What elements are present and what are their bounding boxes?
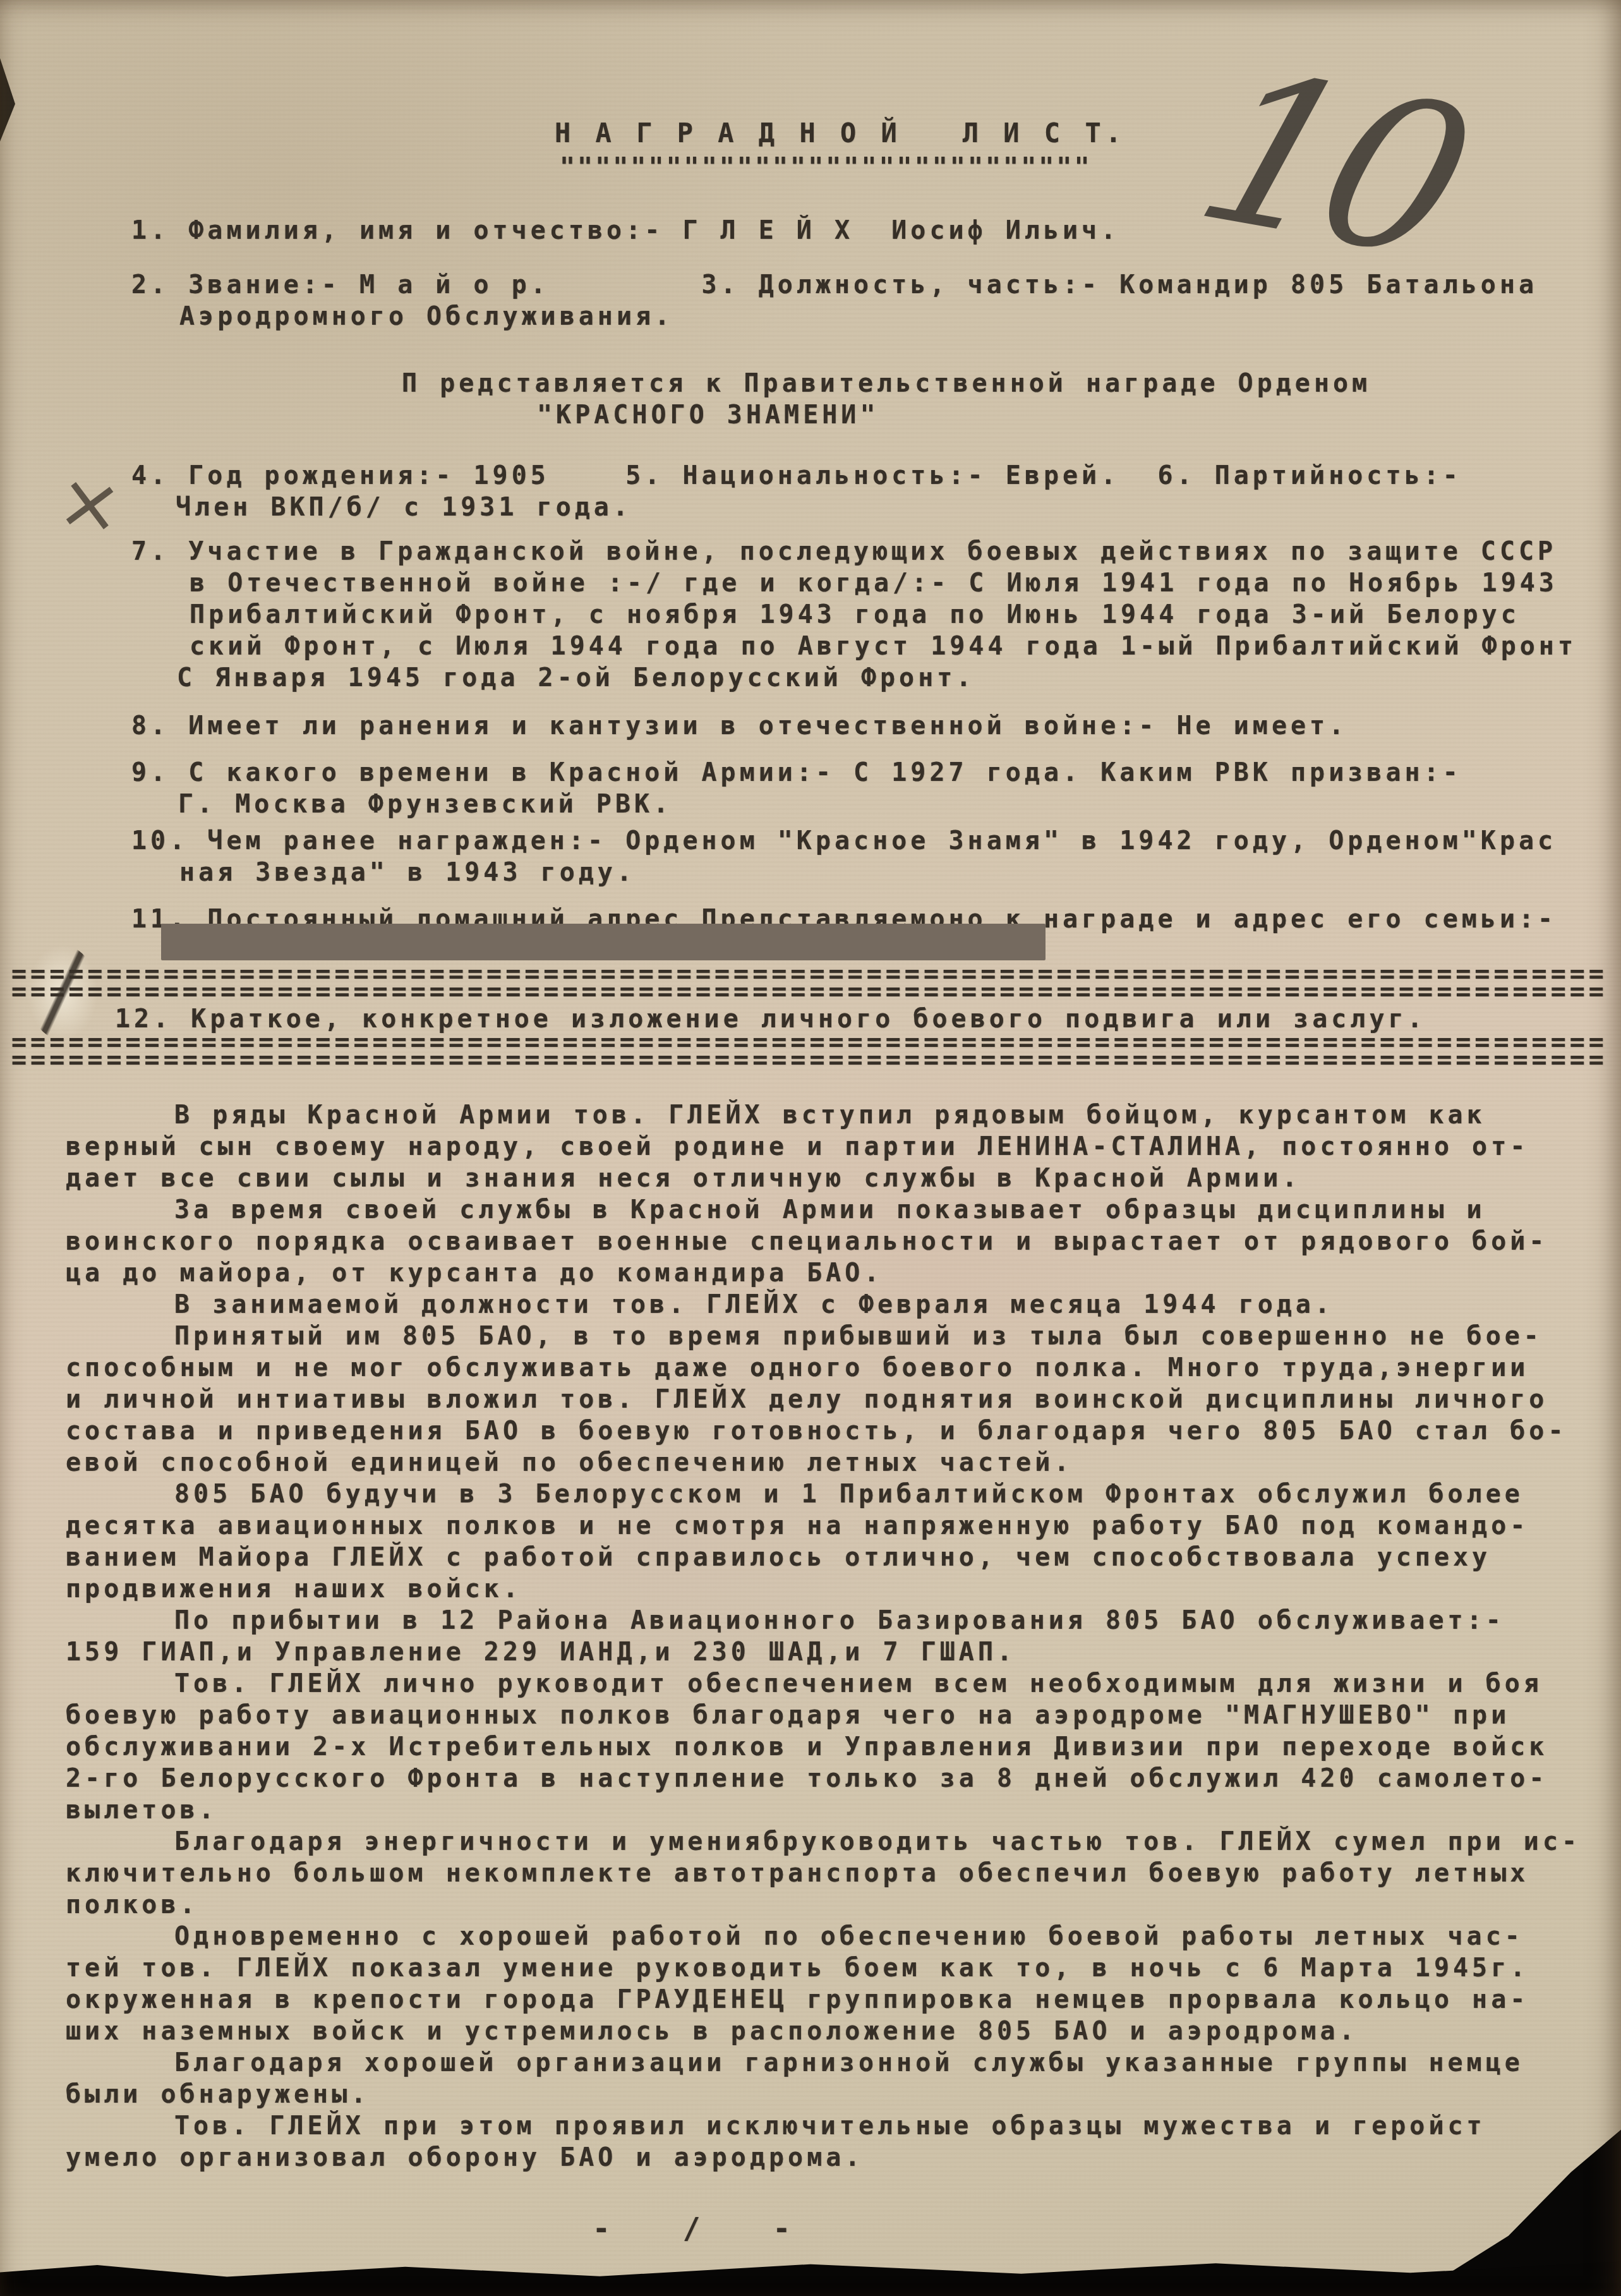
body-line: вылетов. [66, 1794, 1581, 1826]
field-prior-awards-1: 10. Чем ранее награжден:- Орденом "Красн… [131, 825, 1557, 857]
body-line: ца до майора, от курсанта до командира Б… [66, 1257, 1581, 1289]
presentation-line-1: П редставляется к Правительственной нагр… [402, 368, 1371, 399]
body-line: способным и не мог обслуживать даже одно… [66, 1352, 1581, 1384]
field-war-participation-4: ский Фронт, с Июля 1944 года по Август 1… [190, 631, 1577, 662]
body-line: были обнаружены. [66, 2079, 1581, 2110]
redaction-block [161, 924, 1046, 960]
body-line: и личной интиативы вложил тов. ГЛЕЙХ дел… [66, 1384, 1581, 1415]
field-war-participation-5: С Января 1945 года 2-ой Белорусский Фрон… [177, 662, 975, 694]
field-war-participation-3: Прибалтийский Фронт, с ноября 1943 года … [190, 599, 1520, 631]
field-wounds: 8. Имеет ли ранения и кантузии в отечест… [131, 710, 1347, 742]
body-line: окруженная в крепости города ГРАУДЕНЕЦ г… [66, 1984, 1581, 2015]
body-line: Принятый им 805 БАО, в то время прибывши… [66, 1320, 1581, 1352]
field-prior-awards-2: ная Звезда" в 1943 году. [179, 857, 636, 888]
page-title: Н А Г Р А Д Н О Й Л И С Т. [555, 118, 1126, 149]
body-line: тей тов. ГЛЕЙХ показал умение руководить… [66, 1952, 1581, 1984]
page-footer-mark: - / - [593, 2213, 795, 2244]
body-line: Одновременно с хорошей работой по обеспе… [66, 1921, 1581, 1952]
body-line: 159 ГИАП,и Управление 229 ИАНД,и 230 ШАД… [66, 1636, 1581, 1668]
body-line: По прибытии в 12 Района Авиационного Баз… [66, 1605, 1581, 1636]
body-line: ших наземных войск и устремилось в распо… [66, 2015, 1581, 2047]
body-line: десятка авиационных полков и не смотря н… [66, 1510, 1581, 1542]
section-divider-row: ========================================… [11, 1051, 1608, 1069]
body-line: умело организовал оборону БАО и аэродром… [66, 2142, 1581, 2173]
body-line: состава и приведения БАО в боевую готовн… [66, 1415, 1581, 1447]
body-line: Благодаря энергичности и умениябруководи… [66, 1826, 1581, 1858]
field-service-since: 9. С какого времени в Красной Армии:- С … [131, 757, 1462, 788]
body-line: воинского порядка осваивает военные спец… [66, 1226, 1581, 1257]
body-line: 2-го Белорусского Фронта в наступление т… [66, 1763, 1581, 1794]
body-line: верный сын своему народу, своей родине и… [66, 1131, 1581, 1163]
body-line: продвижения наших войск. [66, 1573, 1581, 1605]
body-line: Тов. ГЛЕЙХ при этом проявил исключительн… [66, 2110, 1581, 2142]
body-line: В ряды Красной Армии тов. ГЛЕЙХ вступил … [66, 1099, 1581, 1131]
field-position-cont: Аэродромного Обслуживания. [179, 301, 673, 332]
body-line: боевую работу авиационных полков благода… [66, 1700, 1581, 1731]
field-war-participation-2: в Отечественной войне :-/ где и когда/:-… [190, 567, 1558, 599]
field-name: 1. Фамилия, имя и отчество:- Г Л Е Й Х И… [131, 215, 1119, 246]
handwritten-page-number: 10 [1179, 44, 1481, 286]
body-line: За время своей службы в Красной Армии по… [66, 1194, 1581, 1226]
body-line: дает все свии сылы и знания неся отличну… [66, 1163, 1581, 1194]
body-line: ванием Майора ГЛЕЙХ с работой справилось… [66, 1542, 1581, 1573]
field-war-participation-1: 7. Участие в Гражданской войне, последую… [131, 536, 1557, 567]
body-line: обслуживании 2-х Истребительных полков и… [66, 1731, 1581, 1763]
body-line: В занимаемой должности тов. ГЛЕЙХ с Февр… [66, 1289, 1581, 1320]
scanned-award-document-page: Н А Г Р А Д Н О Й Л И С Т. """""""""""""… [0, 0, 1621, 2296]
presentation-line-2: "КРАСНОГО ЗНАМЕНИ" [537, 399, 879, 431]
body-line: Тов. ГЛЕЙХ лично руководит обеспечением … [66, 1668, 1581, 1700]
left-edge-tear [0, 58, 15, 142]
body-line: Благодаря хорошей организации гарнизонно… [66, 2047, 1581, 2079]
body-line: полков. [66, 1889, 1581, 1921]
title-underline: """""""""""""""""""""""""""""" [560, 152, 1092, 183]
bottom-scan-edge [0, 2253, 1621, 2296]
body-line: ключительно большом некомплекте автотран… [66, 1858, 1581, 1889]
section-divider-row: ========================================… [11, 983, 1608, 1001]
body-line: евой способной единицей по обеспечению л… [66, 1447, 1581, 1478]
feat-description-body: В ряды Красной Армии тов. ГЛЕЙХ вступил … [66, 1099, 1581, 2173]
field-rank-position: 2. Звание:- М а й о р. 3. Должность, час… [131, 269, 1538, 301]
field-service-cont: Г. Москва Фрунзевский РВК. [178, 788, 672, 820]
crease-mark: × [53, 462, 126, 547]
field-birth-nationality-party: 4. Год рождения:- 1905 5. Национальность… [131, 460, 1462, 492]
body-line: 805 БАО будучи в 3 Белорусском и 1 Приба… [66, 1478, 1581, 1510]
field-party-cont: Член ВКП/б/ с 1931 года. [176, 492, 632, 523]
